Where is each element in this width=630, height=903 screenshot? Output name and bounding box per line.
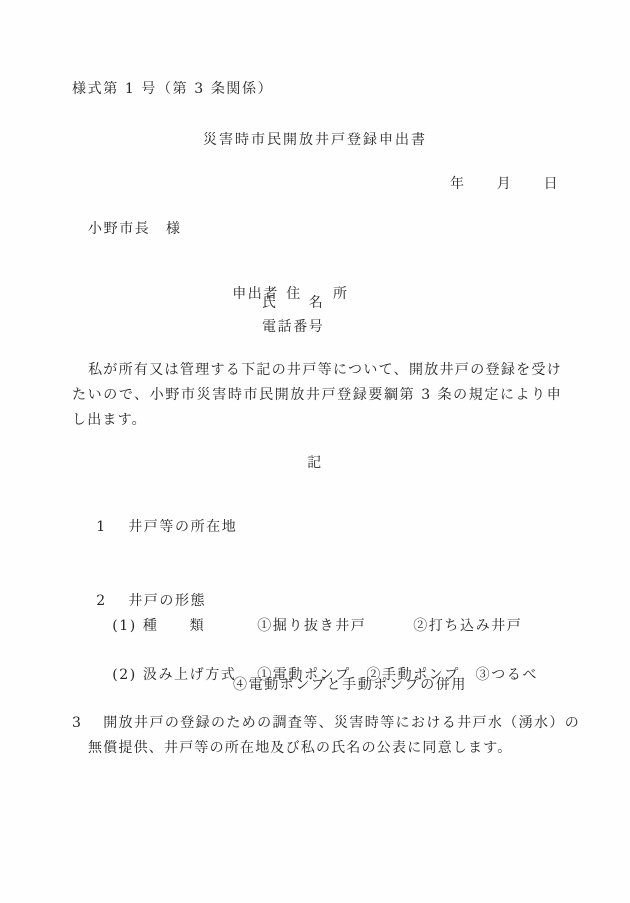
item-3-text: 開放井戸の登録のための調査等、災害時等における井戸水（湧水）の無償提供、井戸等の… xyxy=(88,715,580,756)
item-2-sub-type: (1) 種 類①掘り抜き井戸 ②打ち込み井戸 xyxy=(88,602,522,650)
item-1-text: 井戸等の所在地 xyxy=(128,519,237,535)
item-1-number: 1 xyxy=(96,519,128,535)
ki-marker: 記 xyxy=(0,455,630,471)
item-1: 1井戸等の所在地 xyxy=(72,503,237,551)
item-3: 3開放井戸の登録のための調査等、災害時等における井戸水（湧水）の無償提供、井戸等… xyxy=(72,711,580,761)
date-line: 年 月 日 xyxy=(450,176,559,192)
well-type-label: (1) 種 類 xyxy=(112,618,257,634)
body-paragraph: 私が所有又は管理する下記の井戸等について、開放井戸の登録を受けたいので、小野市災… xyxy=(72,358,562,433)
document-title: 災害時市民開放井戸登録申出書 xyxy=(0,132,630,148)
applicant-name-label: 氏 名 xyxy=(262,295,324,311)
item-3-number: 3 xyxy=(72,715,82,731)
well-type-options: ①掘り抜き井戸 ②打ち込み井戸 xyxy=(257,618,522,634)
applicant-phone-label: 電話番号 xyxy=(262,319,324,335)
addressee: 小野市長 様 xyxy=(88,221,182,237)
form-number: 様式第 1 号（第 3 条関係） xyxy=(72,81,273,97)
document-page: 様式第 1 号（第 3 条関係） 災害時市民開放井戸登録申出書 年 月 日 小野… xyxy=(0,0,630,903)
pump-method-options-continued: ④電動ポンプと手動ポンプの併用 xyxy=(233,677,467,693)
